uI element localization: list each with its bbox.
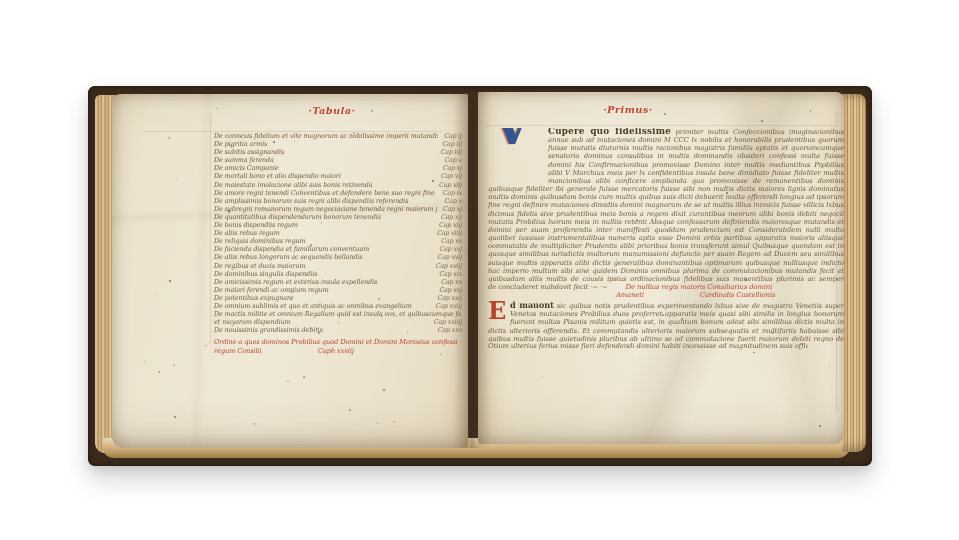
- toc-cap: Cap vij: [435, 173, 462, 180]
- toc-cap: Cap xvij: [432, 254, 462, 261]
- toc-cap: Cap x: [439, 198, 462, 205]
- toc-cap: Cap xvj: [433, 246, 462, 253]
- toc-row: De mactis militie et omnium Regalium qui…: [214, 310, 462, 318]
- fore-edge: [842, 94, 866, 452]
- toc-entry: De pigritia armis: [214, 140, 267, 148]
- toc-row: De potentibus expugnareCap xxij: [214, 294, 462, 302]
- last-line-1-text: de concluderet mandavit fecit ·~ ·~: [488, 283, 608, 291]
- toc-row: De mortali bono et alio dispendio maiori…: [214, 172, 462, 180]
- toc-row: De regibus et ducis maiorumCap xviij: [214, 262, 462, 270]
- toc-entry: De subitis assignandis: [214, 148, 284, 156]
- toc-row: De connexis fidelium et vite magnorum ac…: [214, 132, 462, 140]
- paragraph-2-opening: d mauont: [510, 301, 554, 310]
- toc-row: De bonis dispendiis regumCap xiij: [214, 221, 462, 229]
- colophon-cap: Caph xxviij: [318, 347, 354, 356]
- toc-row: et mayorum dispendiumCap xxiiij: [214, 318, 462, 326]
- toc-cap: Cap xix: [433, 271, 462, 278]
- toc-cap: Cap xxij: [432, 295, 462, 302]
- ruling-line: [210, 114, 211, 344]
- toc-row: De amplissimis bonorum suis regni alibi …: [214, 197, 462, 205]
- table-of-contents: De connexis fidelium et vite magnorum ac…: [214, 132, 462, 334]
- toc-row: De maiori ferendi ac omnium regumCap xxj: [214, 286, 462, 294]
- toc-entry: De regibus et ducis maiorum: [214, 262, 305, 270]
- toc-cap: Cap ix: [437, 190, 462, 197]
- toc-entry: De mortali bono et alio dispendio maiori: [214, 172, 341, 180]
- toc-row: De summa ferendaCap v: [214, 156, 462, 164]
- toc-row: De amicis CampanieCap vj: [214, 164, 462, 172]
- toc-row: De amicissimis regum et exterius insula …: [214, 278, 462, 286]
- toc-cap: Cap xiij: [433, 222, 462, 229]
- toc-entry: et mayorum dispendium: [214, 318, 291, 326]
- toc-cap: Cap xxv: [432, 327, 462, 334]
- toc-entry: De dominibus singulis dispendiis: [214, 270, 317, 278]
- toc-entry: De aliis rebus regum: [214, 229, 280, 237]
- toc-entry: De amicissimis regum et exterius insula …: [214, 278, 377, 286]
- photo-backdrop: ·Tabula· De connexis fidelium et vite ma…: [0, 0, 959, 540]
- rubric-name: Amaneti: [616, 291, 644, 300]
- toc-entry: De maiori ferendi ac omnium regum: [214, 286, 329, 294]
- toc-entry: De quantitatibus dispendendarum bonorum …: [214, 213, 381, 221]
- toc-entry: De reliquis dominibus regum: [214, 237, 306, 245]
- toc-cap: Cap vj: [437, 165, 462, 172]
- last-line-1: de concluderet mandavit fecit ·~ ·~ De n…: [488, 283, 844, 291]
- red-initial: E: [488, 301, 510, 320]
- toc-entry: De amore regni tenendi Conventibus et de…: [214, 189, 435, 197]
- toc-cap: Cap xxj: [433, 287, 462, 294]
- text-block: V V Cupere quo fidelissime primiter mult…: [488, 128, 844, 350]
- toc-entry: De amicis Campanie: [214, 164, 279, 172]
- toc-row: De maiestate imolacione alibi suis bonis…: [214, 181, 462, 189]
- toc-entry: De bonis dispendiis regum: [214, 221, 298, 229]
- initial-blue-layer: V: [492, 128, 531, 131]
- toc-cap: Cap xx: [435, 279, 462, 286]
- toc-cap: Cap xiiij: [431, 230, 462, 237]
- rubric-title: Cardinalis Castellionis: [700, 291, 775, 300]
- ruling-line: [486, 125, 836, 126]
- toc-cap: Cap iiij: [435, 149, 462, 156]
- toc-entry: De subregni romanorum regum negociacione…: [214, 205, 437, 213]
- toc-row: De subregni romanorum regum negociacione…: [214, 205, 462, 213]
- toc-cap: Cap ij: [438, 133, 462, 140]
- toc-row: De dominibus singulis dispendiisCap xix: [214, 270, 462, 278]
- toc-entry: De amplissimis bonorum suis regni alibi …: [214, 197, 408, 205]
- left-page: ·Tabula· De connexis fidelium et vite ma…: [112, 94, 468, 448]
- right-page-header: ·Primus·: [568, 105, 688, 116]
- toc-entry: De nouissimis grandissimis debitis: [214, 326, 323, 334]
- colophon-line-2: regum Consilii Caph xxviij: [214, 347, 462, 357]
- toc-entry: De maiestate imolacione alibi suis bonis…: [214, 181, 372, 189]
- toc-row: De aliis rebus longorum ac sequendis bel…: [214, 253, 462, 261]
- toc-entry: De facienda dispendia et familiarum conv…: [214, 245, 369, 253]
- rubric-inline: De nullius regis maioris Consiliarius do…: [626, 283, 773, 291]
- right-page: ·Primus· V V Cupere quo fidelissime prim…: [478, 92, 844, 444]
- toc-row: De nouissimis grandissimis debitisCap xx…: [214, 326, 462, 334]
- toc-entry: De potentibus expugnare: [214, 294, 294, 302]
- toc-entry: De aliis rebus longorum ac sequendis bel…: [214, 253, 363, 261]
- toc-row: De subitis assignandisCap iiij: [214, 148, 462, 156]
- toc-cap: Cap xv: [435, 238, 462, 245]
- paragraph-2: E d mauont sic quibus notis prudentibus …: [488, 301, 844, 342]
- toc-row: De facienda dispendia et familiarum conv…: [214, 245, 462, 253]
- manuscript-book: ·Tabula· De connexis fidelium et vite ma…: [88, 86, 872, 466]
- toc-entry: De mactis militie et omnium Regalium qui…: [214, 310, 462, 318]
- toc-row: De pigritia armisCap iij: [214, 140, 462, 148]
- toc-row: De aliis rebus regumCap xiiij: [214, 229, 462, 237]
- toc-entry: De summa ferenda: [214, 156, 274, 164]
- toc-row: De omnium sublimis et quo et antiquis ac…: [214, 302, 462, 310]
- illuminated-initial: V V: [488, 128, 548, 178]
- toc-entry: De connexis fidelium et vite magnorum ac…: [214, 132, 438, 140]
- toc-cap: Cap xxiij: [430, 303, 462, 310]
- paragraph-1: V V Cupere quo fidelissime primiter mult…: [488, 128, 844, 283]
- rubric-line-2: Amaneti Cardinalis Castellionis: [488, 291, 844, 300]
- toc-entry: De omnium sublimis et quo et antiquis ac…: [214, 302, 412, 310]
- opening-line: Cupere quo fidelissime: [548, 128, 671, 137]
- toc-cap: Cap viij: [433, 182, 462, 189]
- colophon-line-1: Ordine a quos dominos Probilius quod Dom…: [214, 338, 462, 347]
- toc-cap: Cap xij: [435, 214, 462, 221]
- toc-colophon: Ordine a quos dominos Probilius quod Dom…: [214, 338, 462, 357]
- toc-cap: Cap xxiiij: [428, 319, 462, 326]
- toc-row: De amore regni tenendi Conventibus et de…: [214, 189, 462, 197]
- toc-cap: Cap v: [439, 157, 462, 164]
- toc-row: De quantitatibus dispendendarum bonorum …: [214, 213, 462, 221]
- left-page-header: ·Tabula·: [272, 106, 392, 117]
- toc-cap: Cap xj: [437, 206, 462, 213]
- toc-cap: Cap iij: [436, 141, 462, 148]
- toc-row: De reliquis dominibus regumCap xv: [214, 237, 462, 245]
- toc-cap: Cap xviij: [430, 263, 462, 270]
- colophon-line-2-left: regum Consilii: [214, 347, 262, 355]
- last-line-2: Otium ulterius ferius misse fieri defend…: [488, 342, 808, 350]
